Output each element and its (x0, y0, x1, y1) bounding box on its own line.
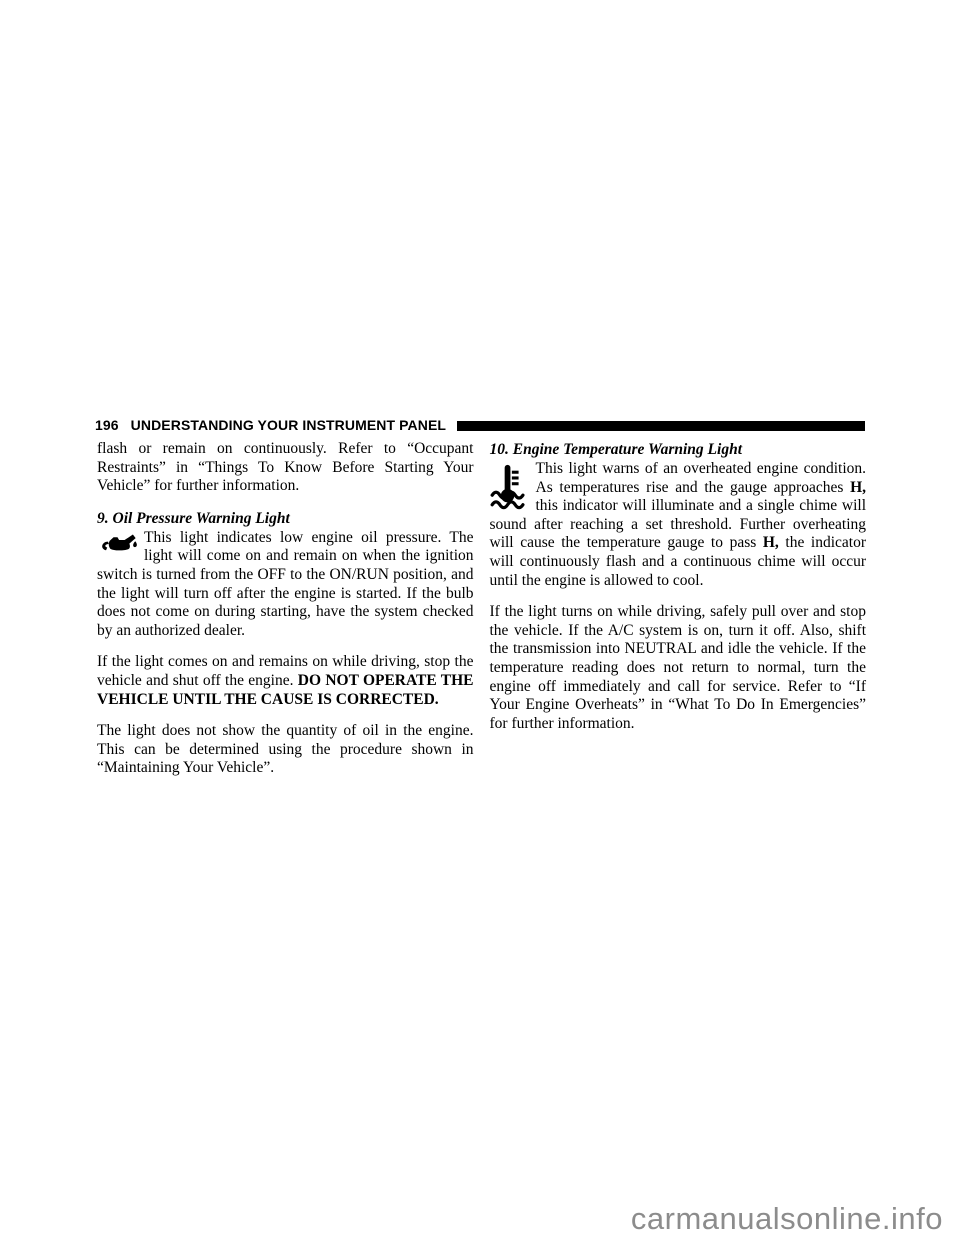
page-title: UNDERSTANDING YOUR INSTRUMENT PANEL (131, 417, 446, 433)
page-header: 196 UNDERSTANDING YOUR INSTRUMENT PANEL (95, 417, 865, 433)
section-9-heading: 9. Oil Pressure Warning Light (97, 509, 474, 528)
page-number: 196 (95, 417, 119, 433)
section-10-heading: 10. Engine Temperature Warning Light (490, 440, 867, 459)
oil-note-paragraph: The light does not show the quantity of … (97, 722, 474, 778)
temp-body-bold-H: H, (763, 534, 779, 551)
oil-section-body-text: This light indicates low engine oil pres… (97, 529, 474, 639)
oil-pressure-warning-icon (97, 532, 138, 556)
manual-page: 196 UNDERSTANDING YOUR INSTRUMENT PANEL … (0, 0, 960, 1242)
header-rule (457, 421, 865, 431)
watermark: carmanualsonline.info (631, 1201, 943, 1237)
two-column-body: flash or remain on continuously. Refer t… (97, 440, 866, 791)
intro-paragraph: flash or remain on continuously. Refer t… (97, 440, 474, 496)
right-column: 10. Engine Temperature Warning Light Thi… (490, 440, 867, 791)
engine-temperature-warning-icon (490, 463, 527, 511)
temp-body-bold-H: H, (850, 479, 866, 496)
temp-section-body-paragraph: This light warns of an overheated engine… (490, 460, 867, 590)
temp-body-segment: This light warns of an overheated engine… (536, 460, 867, 496)
temp-second-paragraph: If the light turns on while driving, saf… (490, 603, 867, 733)
oil-section-body-paragraph: This light indicates low engine oil pres… (97, 529, 474, 641)
left-column: flash or remain on continuously. Refer t… (97, 440, 474, 791)
oil-warning-paragraph: If the light comes on and remains on whi… (97, 653, 474, 709)
